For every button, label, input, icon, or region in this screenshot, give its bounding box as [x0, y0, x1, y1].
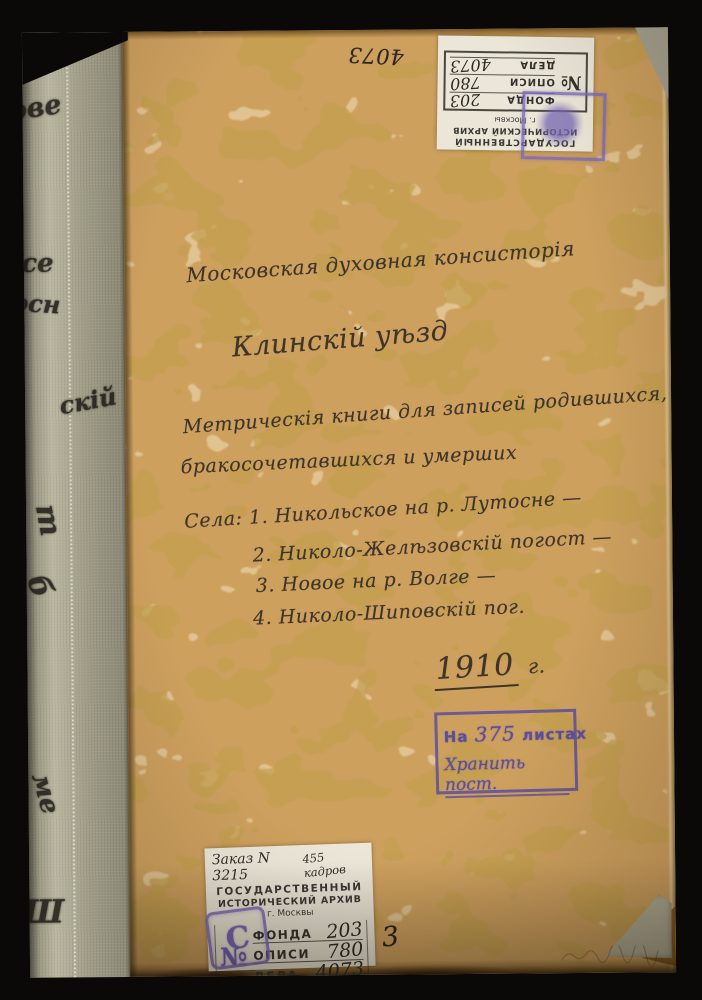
- spine-stitch-seam: [66, 32, 76, 977]
- number-sign: №: [561, 71, 582, 93]
- book-spine: ове осе юсн скій т б ме Ш: [22, 32, 130, 978]
- book-cover: ове осе юсн скій т б ме Ш: [22, 27, 676, 978]
- spine-ink-fragment: т: [28, 501, 68, 539]
- sheets-count-stamp: На 375 листах Хранить пост.: [434, 709, 578, 795]
- round-stamp-letter: С: [224, 919, 252, 957]
- handwritten-year: 1910 г.: [432, 645, 546, 687]
- spine-ink-fragment: ове: [22, 89, 64, 127]
- frames-count: 455 кадров: [301, 846, 366, 880]
- spine-ink-fragment: юсн: [22, 287, 61, 319]
- order-number: Заказ N 3215: [212, 849, 304, 884]
- order-row: Заказ N 3215 455 кадров: [212, 847, 366, 884]
- delo-row: ДЕЛА 4073: [254, 962, 364, 976]
- opis-value: 780: [449, 74, 480, 90]
- spine-ink-fragment: Ш: [23, 893, 64, 931]
- year-digits: 1910: [432, 647, 519, 691]
- spine-ink-fragment: осе: [22, 249, 54, 279]
- year-suffix: г.: [527, 653, 546, 678]
- delo-row: ДЕЛА 4073: [450, 57, 556, 74]
- handwritten-file-number: 4073: [348, 43, 404, 69]
- photo-backdrop: ове осе юсн скій т б ме Ш: [0, 0, 702, 1000]
- keep-permanently-note: Хранить пост.: [444, 752, 569, 798]
- delo-label: ДЕЛА: [254, 968, 299, 977]
- spine-ink-fragment: ме: [25, 770, 65, 818]
- purple-seal-stamp: [521, 91, 607, 161]
- faint-scribble: [560, 945, 670, 968]
- sheets-count: 375: [474, 721, 516, 746]
- handwritten-side-digit: 3: [380, 921, 401, 954]
- purple-round-stamp: С: [204, 905, 271, 970]
- opis-label: ОПИСИ: [509, 76, 555, 88]
- delo-label: ДЕЛА: [519, 59, 555, 70]
- spine-ink-fragment: скій: [57, 381, 119, 420]
- sheets-suffix: листах: [522, 725, 587, 745]
- sheets-prefix: На: [444, 728, 469, 747]
- seal-imprint: [536, 100, 583, 147]
- fond-value: 203: [449, 92, 480, 108]
- front-cover: 4073 ГОСУДАРСТВЕННЫЙ ИСТОРИЧЕСКИЙ АРХИВ …: [122, 27, 676, 977]
- opis-row: ОПИСИ 780: [449, 74, 555, 91]
- delo-value: 4073: [315, 961, 365, 977]
- spine-ink-fragment: б: [22, 570, 60, 603]
- delo-value: 4073: [449, 57, 490, 74]
- sheets-count-line: На 375 листах: [443, 720, 568, 747]
